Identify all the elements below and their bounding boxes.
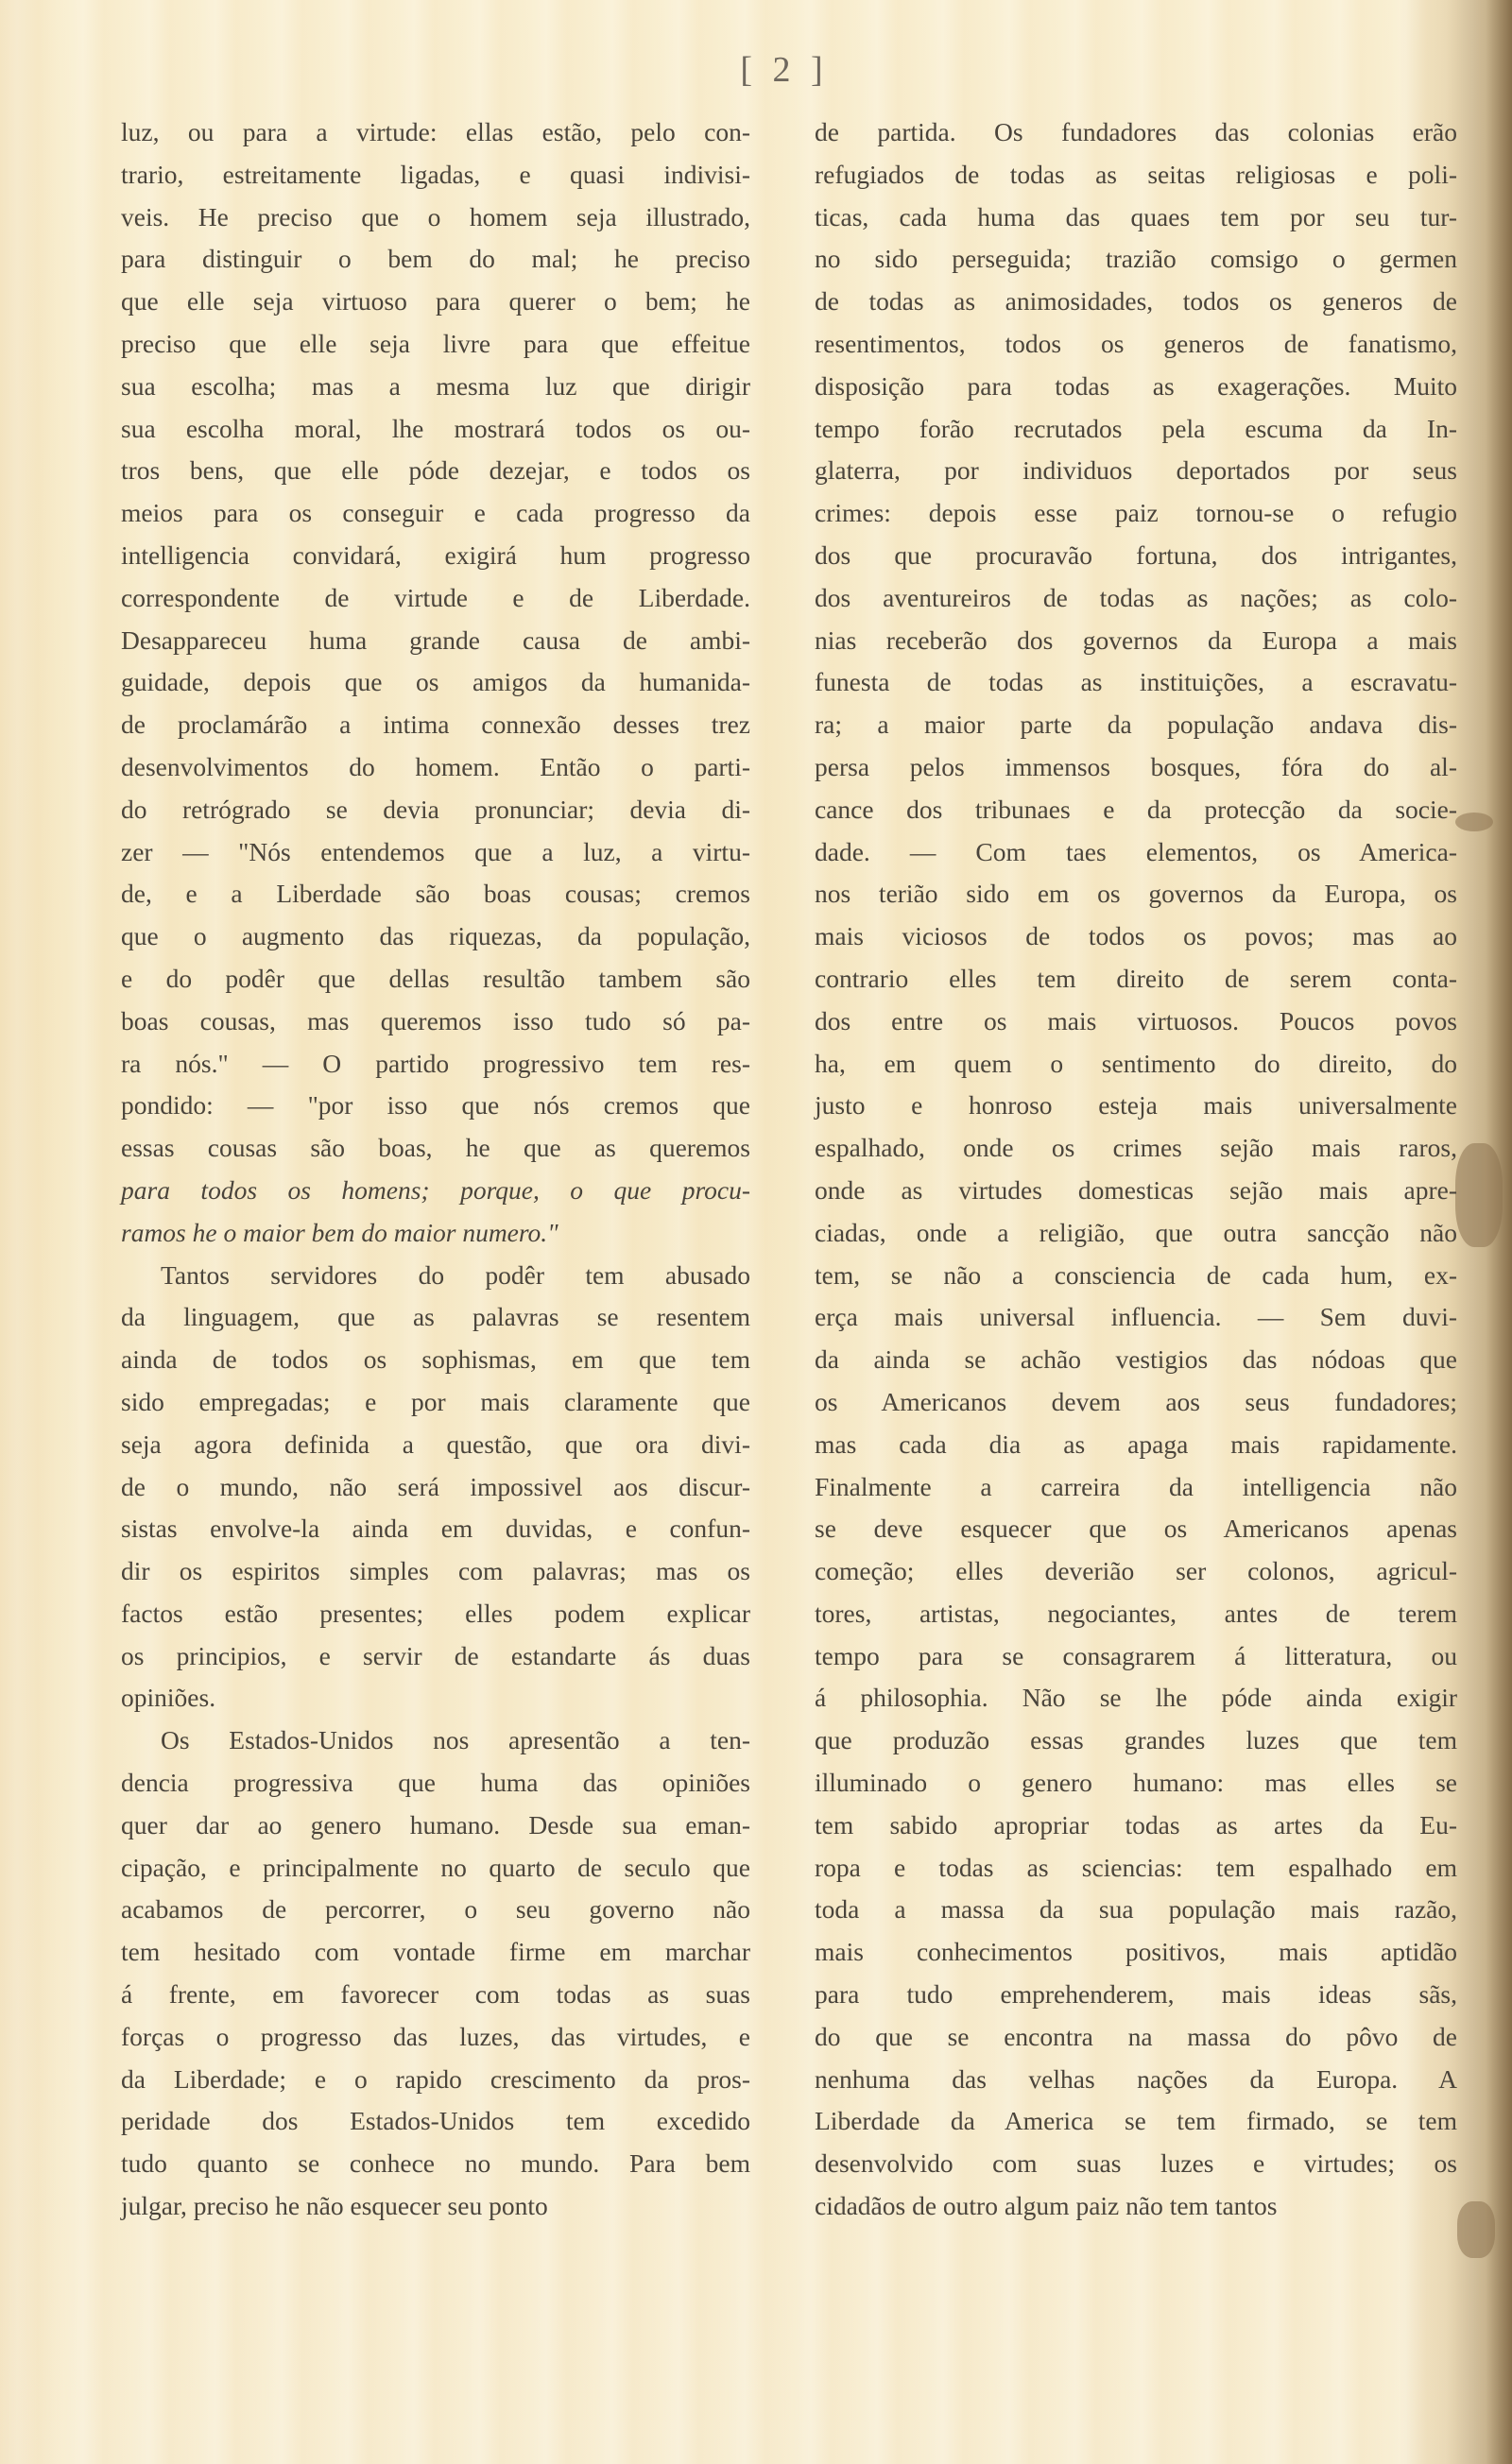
text-line: ainda de todos os sophismas, em que tem bbox=[121, 1339, 750, 1381]
text-line: se deve esquecer que os Americanos apena… bbox=[815, 1508, 1457, 1550]
text-line: dade. — Com taes elementos, os America- bbox=[815, 831, 1457, 874]
text-line: tros bens, que elle póde dezejar, e todo… bbox=[121, 450, 750, 492]
text-line: cidadãos de outro algum paiz não tem tan… bbox=[815, 2185, 1457, 2228]
text-line: illuminado o genero humano: mas elles se bbox=[815, 1762, 1457, 1805]
text-line: dencia progressiva que huma das opiniões bbox=[121, 1762, 750, 1805]
text-line: disposição para todas as exagerações. Mu… bbox=[815, 366, 1457, 408]
text-line: á frente, em favorecer com todas as suas bbox=[121, 1974, 750, 2016]
text-line: de o mundo, não será impossivel aos disc… bbox=[121, 1466, 750, 1509]
text-line: tem hesitado com vontade firme em marcha… bbox=[121, 1931, 750, 1974]
text-line: crimes: depois esse paiz tornou-se o ref… bbox=[815, 492, 1457, 535]
text-line: desenvolvimentos do homem. Então o parti… bbox=[121, 746, 750, 789]
text-line: Tantos servidores do podêr tem abusado bbox=[121, 1255, 750, 1297]
text-line: zer — "Nós entendemos que a luz, a virtu… bbox=[121, 831, 750, 874]
text-line: opiniões. bbox=[121, 1677, 750, 1720]
newspaper-page: [ 2 ] luz, ou para a virtude: ellas estã… bbox=[0, 0, 1512, 2464]
text-line: ciadas, onde a religião, que outra sancç… bbox=[815, 1212, 1457, 1255]
text-line: da ainda se achão vestigios das nódoas q… bbox=[815, 1339, 1457, 1381]
text-line: sistas envolve-la ainda em duvidas, e co… bbox=[121, 1508, 750, 1550]
text-line: guidade, depois que os amigos da humanid… bbox=[121, 661, 750, 704]
text-line: do retrógrado se devia pronunciar; devia… bbox=[121, 789, 750, 831]
text-line: sido empregadas; e por mais claramente q… bbox=[121, 1381, 750, 1424]
text-line: Os Estados-Unidos nos apresentão a ten- bbox=[121, 1720, 750, 1762]
text-line: do que se encontra na massa do pôvo de bbox=[815, 2016, 1457, 2059]
text-line: de partida. Os fundadores das colonias e… bbox=[815, 111, 1457, 154]
text-line: factos estão presentes; elles podem expl… bbox=[121, 1593, 750, 1635]
text-line: que o augmento das riquezas, da populaçã… bbox=[121, 915, 750, 958]
ink-stain bbox=[1455, 1143, 1503, 1247]
text-line: luz, ou para a virtude: ellas estão, pel… bbox=[121, 111, 750, 154]
text-line: á philosophia. Não se lhe póde ainda exi… bbox=[815, 1677, 1457, 1720]
text-line: para distinguir o bem do mal; he preciso bbox=[121, 238, 750, 281]
ink-stain bbox=[1455, 813, 1493, 831]
text-line: trario, estreitamente ligadas, e quasi i… bbox=[121, 154, 750, 197]
text-line: julgar, preciso he não esquecer seu pont… bbox=[121, 2185, 750, 2228]
text-line: espalhado, onde os crimes sejão mais rar… bbox=[815, 1127, 1457, 1170]
text-line: nenhuma das velhas nações da Europa. A bbox=[815, 2059, 1457, 2101]
text-line: de proclamárão a intima connexão desses … bbox=[121, 704, 750, 746]
text-line: de, e a Liberdade são boas cousas; cremo… bbox=[121, 873, 750, 915]
text-line: Finalmente a carreira da intelligencia n… bbox=[815, 1466, 1457, 1509]
left-text-column: luz, ou para a virtude: ellas estão, pel… bbox=[121, 111, 750, 2228]
text-line: ra; a maior parte da população andava di… bbox=[815, 704, 1457, 746]
text-line: peridade dos Estados-Unidos tem excedido bbox=[121, 2100, 750, 2143]
text-line: refugiados de todas as seitas religiosas… bbox=[815, 154, 1457, 197]
text-line: ropa e todas as sciencias: tem espalhado… bbox=[815, 1847, 1457, 1890]
right-text-column: de partida. Os fundadores das colonias e… bbox=[815, 111, 1457, 2228]
text-line: Desappareceu huma grande causa de ambi- bbox=[121, 620, 750, 662]
text-line: dos aventureiros de todas as nações; as … bbox=[815, 577, 1457, 620]
text-line: onde as virtudes domesticas sejão mais a… bbox=[815, 1170, 1457, 1212]
text-line: glaterra, por individuos deportados por … bbox=[815, 450, 1457, 492]
text-line: e do podêr que dellas resultão tambem sã… bbox=[121, 958, 750, 1001]
text-line: cipação, e principalmente no quarto de s… bbox=[121, 1847, 750, 1890]
text-line: forças o progresso das luzes, das virtud… bbox=[121, 2016, 750, 2059]
text-line: da linguagem, que as palavras se resente… bbox=[121, 1296, 750, 1339]
text-line: dos entre os mais virtuosos. Poucos povo… bbox=[815, 1001, 1457, 1043]
text-line: começão; elles deverião ser colonos, agr… bbox=[815, 1550, 1457, 1593]
text-line: tem sabido apropriar todas as artes da E… bbox=[815, 1805, 1457, 1847]
text-line: resentimentos, todos os generos de fanat… bbox=[815, 323, 1457, 366]
text-line: contrario elles tem direito de serem con… bbox=[815, 958, 1457, 1001]
text-line: cance dos tribunaes e da protecção da so… bbox=[815, 789, 1457, 831]
text-line: tudo quanto se conhece no mundo. Para be… bbox=[121, 2143, 750, 2185]
text-line: tempo forão recrutados pela escuma da In… bbox=[815, 408, 1457, 451]
text-line: preciso que elle seja livre para que eff… bbox=[121, 323, 750, 366]
text-line: os Americanos devem aos seus fundadores; bbox=[815, 1381, 1457, 1424]
text-line: sua escolha moral, lhe mostrará todos os… bbox=[121, 408, 750, 451]
text-line: quer dar ao genero humano. Desde sua ema… bbox=[121, 1805, 750, 1847]
text-line: para todos os homens; porque, o que proc… bbox=[121, 1170, 750, 1212]
text-line: de todas as animosidades, todos os gener… bbox=[815, 281, 1457, 323]
text-line: boas cousas, mas queremos isso tudo só p… bbox=[121, 1001, 750, 1043]
text-line: tores, artistas, negociantes, antes de t… bbox=[815, 1593, 1457, 1635]
text-line: mais conhecimentos positivos, mais aptid… bbox=[815, 1931, 1457, 1974]
text-line: tem, se não a consciencia de cada hum, e… bbox=[815, 1255, 1457, 1297]
text-line: veis. He preciso que o homem seja illust… bbox=[121, 197, 750, 239]
ink-stain bbox=[1457, 2201, 1495, 2258]
text-line: justo e honroso esteja mais universalmen… bbox=[815, 1085, 1457, 1127]
text-line: dos que procuravão fortuna, dos intrigan… bbox=[815, 535, 1457, 577]
text-line: pondido: — "por isso que nós cremos que bbox=[121, 1085, 750, 1127]
text-line: erça mais universal influencia. — Sem du… bbox=[815, 1296, 1457, 1339]
text-line: ticas, cada huma das quaes tem por seu t… bbox=[815, 197, 1457, 239]
text-line: meios para os conseguir e cada progresso… bbox=[121, 492, 750, 535]
text-line: Liberdade da America se tem firmado, se … bbox=[815, 2100, 1457, 2143]
text-line: intelligencia convidará, exigirá hum pro… bbox=[121, 535, 750, 577]
text-line: no sido perseguida; trazião comsigo o ge… bbox=[815, 238, 1457, 281]
text-line: da Liberdade; e o rapido crescimento da … bbox=[121, 2059, 750, 2101]
text-line: tempo para se consagrarem á litteratura,… bbox=[815, 1635, 1457, 1678]
text-line: acabamos de percorrer, o seu governo não bbox=[121, 1889, 750, 1931]
text-line: desenvolvido com suas luzes e virtudes; … bbox=[815, 2143, 1457, 2185]
text-line: ra nós." — O partido progressivo tem res… bbox=[121, 1043, 750, 1086]
text-line: que produzão essas grandes luzes que tem bbox=[815, 1720, 1457, 1762]
text-line: toda a massa da sua população mais razão… bbox=[815, 1889, 1457, 1931]
text-line: que elle seja virtuoso para querer o bem… bbox=[121, 281, 750, 323]
text-line: para tudo emprehenderem, mais ideas sãs, bbox=[815, 1974, 1457, 2016]
text-line: ha, em quem o sentimento do direito, do bbox=[815, 1043, 1457, 1086]
text-line: sua escolha; mas a mesma luz que dirigir bbox=[121, 366, 750, 408]
text-line: mais viciosos de todos os povos; mas ao bbox=[815, 915, 1457, 958]
text-line: dir os espiritos simples com palavras; m… bbox=[121, 1550, 750, 1593]
text-line: nias receberão dos governos da Europa a … bbox=[815, 620, 1457, 662]
text-line: os principios, e servir de estandarte ás… bbox=[121, 1635, 750, 1678]
text-line: nos terião sido em os governos da Europa… bbox=[815, 873, 1457, 915]
text-line: ramos he o maior bem do maior numero." bbox=[121, 1212, 750, 1255]
text-line: seja agora definida a questão, que ora d… bbox=[121, 1424, 750, 1466]
text-line: correspondente de virtude e de Liberdade… bbox=[121, 577, 750, 620]
page-number: [ 2 ] bbox=[728, 49, 841, 91]
text-line: mas cada dia as apaga mais rapidamente. bbox=[815, 1424, 1457, 1466]
text-line: funesta de todas as instituições, a escr… bbox=[815, 661, 1457, 704]
text-line: essas cousas são boas, he que as queremo… bbox=[121, 1127, 750, 1170]
text-line: persa pelos immensos bosques, fóra do al… bbox=[815, 746, 1457, 789]
